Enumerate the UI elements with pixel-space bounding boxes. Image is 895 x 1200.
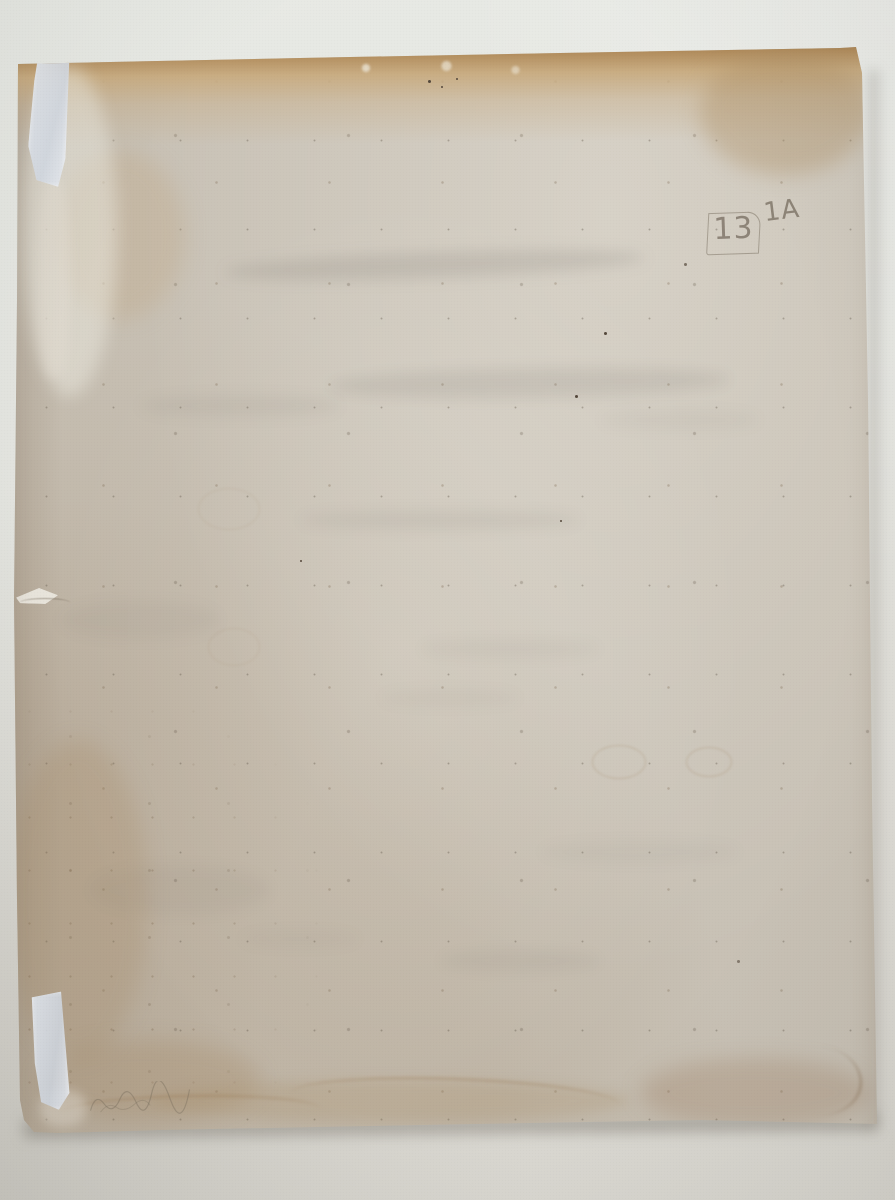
stain-smudge bbox=[440, 950, 600, 972]
residue-chipped-spots bbox=[320, 58, 550, 78]
tape-ghost-residue bbox=[38, 178, 70, 378]
ring-stain bbox=[686, 747, 732, 777]
paper-sheet-verso: 131A bbox=[0, 0, 895, 1200]
dark-fleck bbox=[684, 263, 687, 266]
stain-top-right-residue bbox=[700, 50, 870, 175]
ring-stain bbox=[592, 745, 646, 779]
inscription-adjacent-mark: 1A bbox=[762, 194, 802, 228]
stain-smudge bbox=[140, 395, 340, 417]
photo-scene: 131A bbox=[0, 0, 895, 1200]
pencil-inscription: 131A bbox=[706, 206, 831, 284]
left-edge-tear-line bbox=[20, 598, 70, 607]
dark-fleck bbox=[441, 86, 443, 88]
dark-fleck bbox=[428, 80, 431, 83]
stain-smudge bbox=[60, 600, 220, 640]
dark-fleck bbox=[560, 520, 562, 522]
stain-smudge bbox=[380, 690, 520, 706]
stain-smudge bbox=[600, 410, 760, 430]
stain-left-column bbox=[8, 740, 148, 1060]
stain-smudge bbox=[540, 840, 740, 864]
ring-stain bbox=[208, 628, 260, 666]
dark-fleck bbox=[737, 960, 740, 963]
dark-fleck bbox=[575, 395, 578, 398]
dark-fleck bbox=[300, 560, 302, 562]
stain-smudge bbox=[240, 930, 360, 948]
ring-stain bbox=[198, 488, 260, 530]
pencil-scribble bbox=[85, 1079, 197, 1121]
inscription-boxed-number: 13 bbox=[713, 214, 754, 245]
inscription-hand-drawn-box: 13 bbox=[706, 211, 761, 255]
dark-fleck bbox=[456, 78, 458, 80]
dark-fleck bbox=[604, 332, 607, 335]
stain-smudge bbox=[420, 640, 600, 658]
stain-smudge bbox=[300, 510, 580, 530]
